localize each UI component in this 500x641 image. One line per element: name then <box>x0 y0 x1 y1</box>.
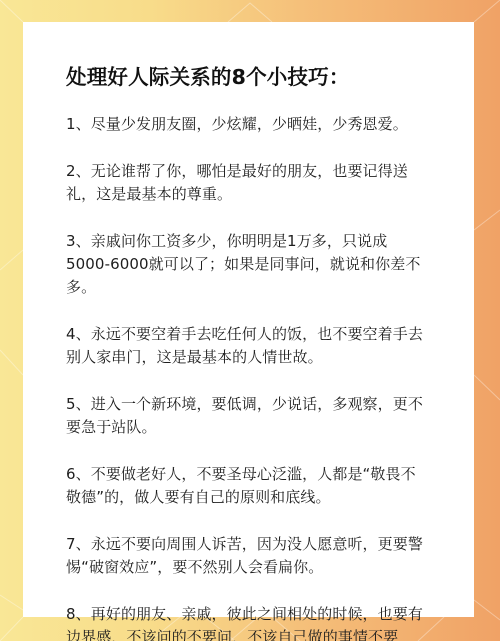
tips-list: 1、尽量少发朋友圈，少炫耀，少晒娃，少秀恩爱。 2、无论谁帮了你，哪怕是最好的朋… <box>66 113 426 641</box>
page-title: 处理好人际关系的8个小技巧： <box>66 63 474 91</box>
tip-item-3: 3、亲戚问你工资多少，你明明是1万多，只说成5000-6000就可以了；如果是同… <box>66 230 426 299</box>
tip-item-7: 7、永远不要向周围人诉苦，因为没人愿意听，更要警惕“破窗效应”，要不然别人会看扁… <box>66 533 426 579</box>
tip-item-2: 2、无论谁帮了你，哪怕是最好的朋友，也要记得送礼，这是最基本的尊重。 <box>66 160 426 206</box>
tip-item-4: 4、永远不要空着手去吃任何人的饭，也不要空着手去别人家串门，这是最基本的人情世故… <box>66 323 426 369</box>
tip-item-6: 6、不要做老好人，不要圣母心泛滥，人都是“敬畏不敬德”的，做人要有自己的原则和底… <box>66 463 426 509</box>
tip-item-5: 5、进入一个新环境，要低调，少说话，多观察，更不要急于站队。 <box>66 393 426 439</box>
tip-item-8: 8、再好的朋友、亲戚，彼此之间相处的时候，也要有边界感，不该问的不要问，不该自己… <box>66 603 426 641</box>
content-card: 处理好人际关系的8个小技巧： 1、尽量少发朋友圈，少炫耀，少晒娃，少秀恩爱。 2… <box>23 22 474 617</box>
tip-item-1: 1、尽量少发朋友圈，少炫耀，少晒娃，少秀恩爱。 <box>66 113 426 136</box>
